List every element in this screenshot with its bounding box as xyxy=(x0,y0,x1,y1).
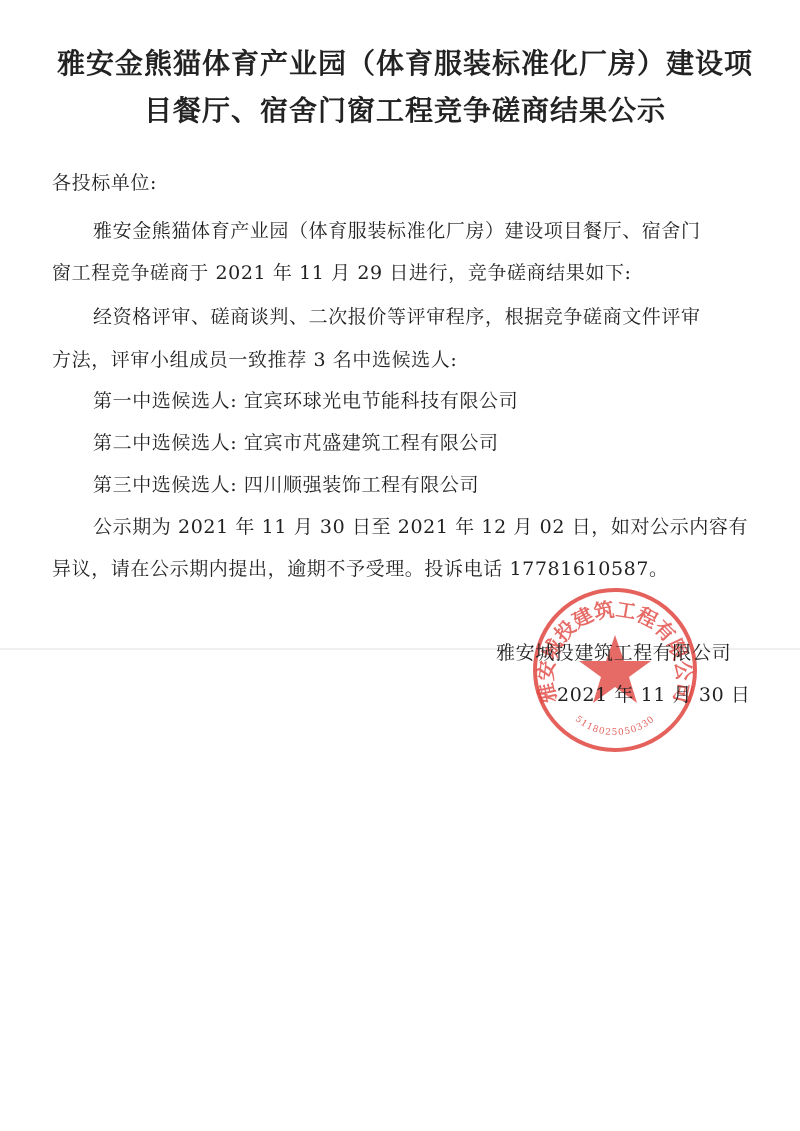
paragraph-line: 方法，评审小组成员一致推荐 3 名中选候选人: xyxy=(52,345,457,372)
candidate-1: 第一中选候选人: 宜宾环球光电节能科技有限公司 xyxy=(93,386,518,413)
notice-line-2: 异议，请在公示期内提出，逾期不予受理。投诉电话 17781610587。 xyxy=(52,554,669,581)
paragraph-line: 雅安金熊猫体育产业园（体育服装标准化厂房）建设项目餐厅、宿舍门 xyxy=(93,216,701,243)
signature-company: 雅安城投建筑工程有限公司 xyxy=(496,638,731,665)
paragraph-line: 经资格评审、磋商谈判、二次报价等评审程序，根据竞争磋商文件评审 xyxy=(93,302,701,329)
candidate-company: 四川顺强装饰工程有限公司 xyxy=(244,474,479,496)
document-title-line-1: 雅安金熊猫体育产业园（体育服装标准化厂房）建设项 xyxy=(40,42,770,82)
signature-date: 2021 年 11 月 30 日 xyxy=(557,680,751,707)
paragraph-line: 窗工程竞争磋商于 2021 年 11 月 29 日进行，竞争磋商结果如下: xyxy=(52,258,632,285)
notice-line-1: 公示期为 2021 年 11 月 30 日至 2021 年 12 月 02 日，… xyxy=(93,512,748,539)
company-seal-stamp: 雅安城投建筑工程有限公司 5118025050330 xyxy=(530,585,700,755)
candidate-company: 宜宾环球光电节能科技有限公司 xyxy=(244,390,518,412)
candidate-rank-label: 第二中选候选人: xyxy=(93,432,237,454)
stamp-code: 5118025050330 xyxy=(573,714,657,738)
candidate-company: 宜宾市芃盛建筑工程有限公司 xyxy=(244,432,499,454)
salutation: 各投标单位: xyxy=(52,168,157,195)
candidate-3: 第三中选候选人: 四川顺强装饰工程有限公司 xyxy=(93,470,479,497)
candidate-2: 第二中选候选人: 宜宾市芃盛建筑工程有限公司 xyxy=(93,428,499,455)
svg-text:5118025050330: 5118025050330 xyxy=(573,714,657,738)
document-title-line-2: 目餐厅、宿舍门窗工程竞争磋商结果公示 xyxy=(40,89,770,129)
candidate-rank-label: 第三中选候选人: xyxy=(93,474,237,496)
candidate-rank-label: 第一中选候选人: xyxy=(93,390,237,412)
